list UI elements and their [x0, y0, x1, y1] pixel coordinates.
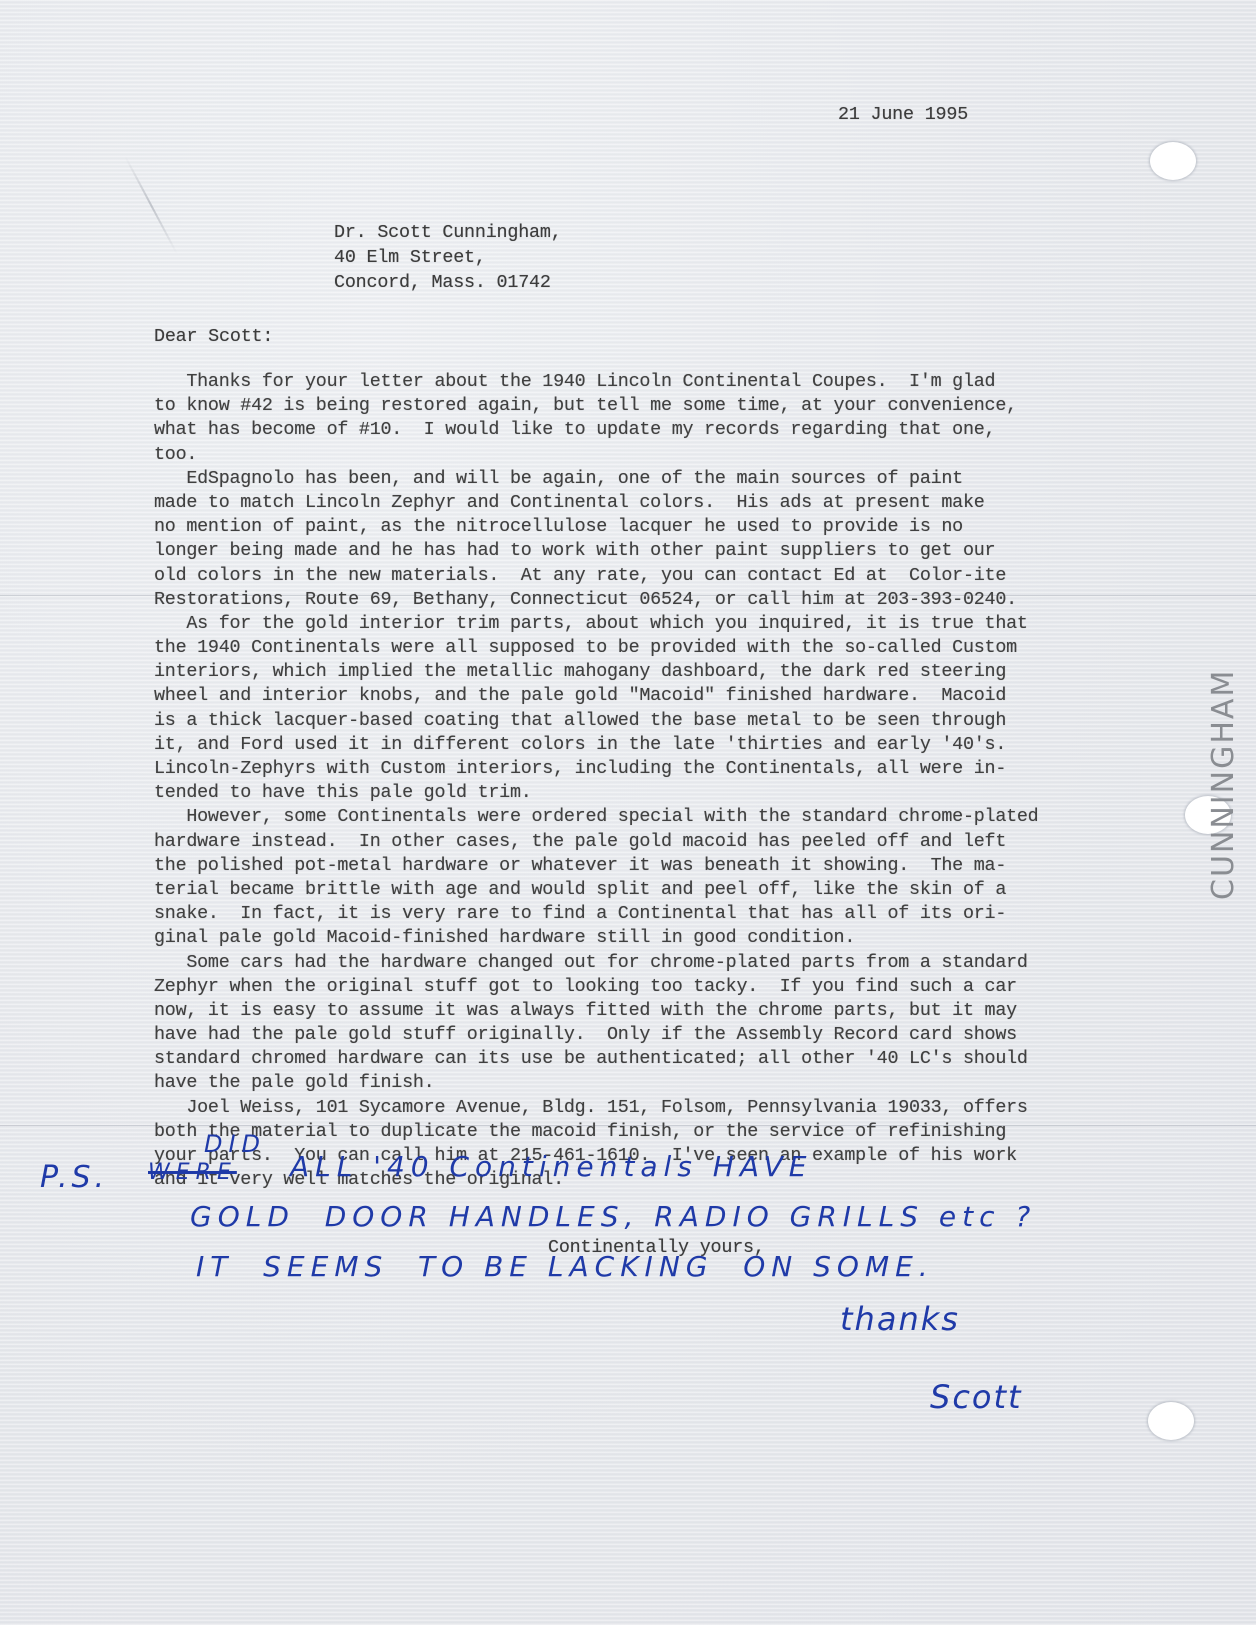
recipient-city: Concord, Mass. 01742: [334, 272, 551, 293]
body-line: ginal pale gold Macoid-finished hardware…: [154, 926, 1038, 950]
body-line: tended to have this pale gold trim.: [154, 781, 1038, 805]
body-line: Lincoln-Zephyrs with Custom interiors, i…: [154, 757, 1038, 781]
body-line: standard chromed hardware can its use be…: [154, 1047, 1038, 1071]
body-line: to know #42 is being restored again, but…: [154, 394, 1038, 418]
body-line: have the pale gold finish.: [154, 1071, 1038, 1095]
body-line: terial became brittle with age and would…: [154, 878, 1038, 902]
ps-label: P.S.: [40, 1160, 108, 1195]
note-thanks: thanks: [840, 1300, 960, 1338]
letter-body: Thanks for your letter about the 1940 Li…: [154, 370, 1038, 1192]
body-line: old colors in the new materials. At any …: [154, 564, 1038, 588]
body-line: Some cars had the hardware changed out f…: [154, 951, 1038, 975]
margin-annotation: CUNNINGHAM: [1206, 669, 1241, 900]
recipient-street: 40 Elm Street,: [334, 247, 486, 268]
letter-date: 21 June 1995: [838, 104, 968, 125]
binder-hole: [1148, 1402, 1194, 1440]
body-line: made to match Lincoln Zephyr and Contine…: [154, 491, 1038, 515]
body-line: Thanks for your letter about the 1940 Li…: [154, 370, 1038, 394]
inserted-word: DID: [204, 1130, 266, 1158]
body-line: now, it is easy to assume it was always …: [154, 999, 1038, 1023]
body-line: it, and Ford used it in different colors…: [154, 733, 1038, 757]
body-line: Zephyr when the original stuff got to lo…: [154, 975, 1038, 999]
body-line: As for the gold interior trim parts, abo…: [154, 612, 1038, 636]
body-line: interiors, which implied the metallic ma…: [154, 660, 1038, 684]
salutation: Dear Scott:: [154, 326, 273, 347]
body-line: no mention of paint, as the nitrocellulo…: [154, 515, 1038, 539]
note-signature: Scott: [930, 1378, 1023, 1416]
body-line: Restorations, Route 69, Bethany, Connect…: [154, 588, 1038, 612]
body-line: Joel Weiss, 101 Sycamore Avenue, Bldg. 1…: [154, 1096, 1038, 1120]
body-line: the 1940 Continentals were all supposed …: [154, 636, 1038, 660]
paper-fold-mark: [124, 156, 177, 254]
body-line: both the material to duplicate the macoi…: [154, 1120, 1038, 1144]
binder-hole: [1150, 142, 1196, 180]
body-line: have had the pale gold stuff originally.…: [154, 1023, 1038, 1047]
body-line: is a thick lacquer-based coating that al…: [154, 709, 1038, 733]
body-line: too.: [154, 443, 1038, 467]
body-line: the polished pot-metal hardware or whate…: [154, 854, 1038, 878]
body-line: snake. In fact, it is very rare to find …: [154, 902, 1038, 926]
note-line-2: GOLD DOOR HANDLES, RADIO GRILLS etc ?: [190, 1200, 1036, 1233]
body-line: wheel and interior knobs, and the pale g…: [154, 684, 1038, 708]
recipient-name: Dr. Scott Cunningham,: [334, 222, 562, 243]
body-line: However, some Continentals were ordered …: [154, 805, 1038, 829]
body-line: longer being made and he has had to work…: [154, 539, 1038, 563]
body-line: EdSpagnolo has been, and will be again, …: [154, 467, 1038, 491]
note-line-1: ALL '40 Continentals HAVE: [290, 1150, 812, 1183]
note-line-3: IT SEEMS TO BE LACKING ON SOME.: [196, 1250, 934, 1283]
crossed-out-word: WERE: [148, 1160, 237, 1185]
body-line: what has become of #10. I would like to …: [154, 418, 1038, 442]
body-line: hardware instead. In other cases, the pa…: [154, 830, 1038, 854]
